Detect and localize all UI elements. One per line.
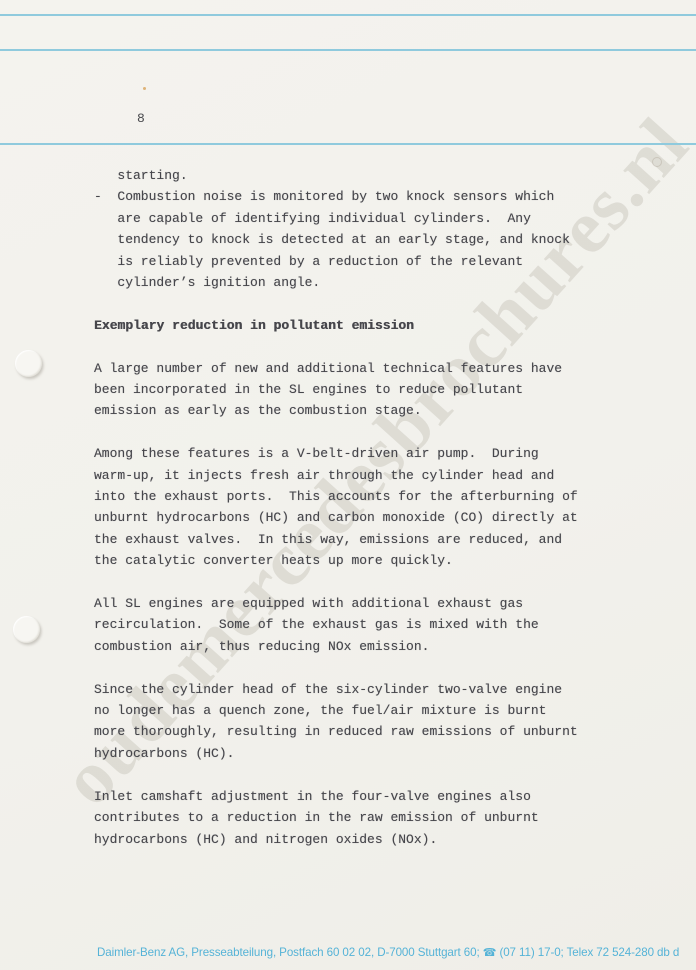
paragraph-air-pump: Among these features is a V-belt-driven … <box>94 443 634 571</box>
scanned-press-release-page: 8 oudemercedesbrochures.nl starting. - C… <box>0 0 696 970</box>
letterhead-rule-header-bottom <box>0 143 696 145</box>
punch-hole-top <box>15 350 42 377</box>
footer-phone-telex: (07 11) 17-0; Telex 72 524-280 db d <box>496 946 679 959</box>
footer-contact-line: Daimler-Benz AG, Presseabteilung, Postfa… <box>97 946 679 959</box>
telephone-icon: ☎ <box>483 946 497 959</box>
footer-address: Daimler-Benz AG, Presseabteilung, Postfa… <box>97 946 483 959</box>
document-body: starting. - Combustion noise is monitore… <box>94 165 634 871</box>
section-heading: Exemplary reduction in pollutant emissio… <box>94 315 634 336</box>
page-number: 8 <box>137 111 145 126</box>
bullet-knock-sensors: starting. - Combustion noise is monitore… <box>94 165 634 293</box>
letterhead-rule-top <box>0 14 696 16</box>
scan-speck-ring <box>652 157 662 167</box>
letterhead-rule-second <box>0 49 696 51</box>
paragraph-inlet-camshaft: Inlet camshaft adjustment in the four-va… <box>94 786 634 850</box>
paragraph-exhaust-gas-recirculation: All SL engines are equipped with additio… <box>94 593 634 657</box>
paragraph-quench-zone: Since the cylinder head of the six-cylin… <box>94 679 634 765</box>
punch-hole-bottom <box>13 616 40 643</box>
scan-speck <box>143 87 146 90</box>
paragraph-technical-features: A large number of new and additional tec… <box>94 358 634 422</box>
